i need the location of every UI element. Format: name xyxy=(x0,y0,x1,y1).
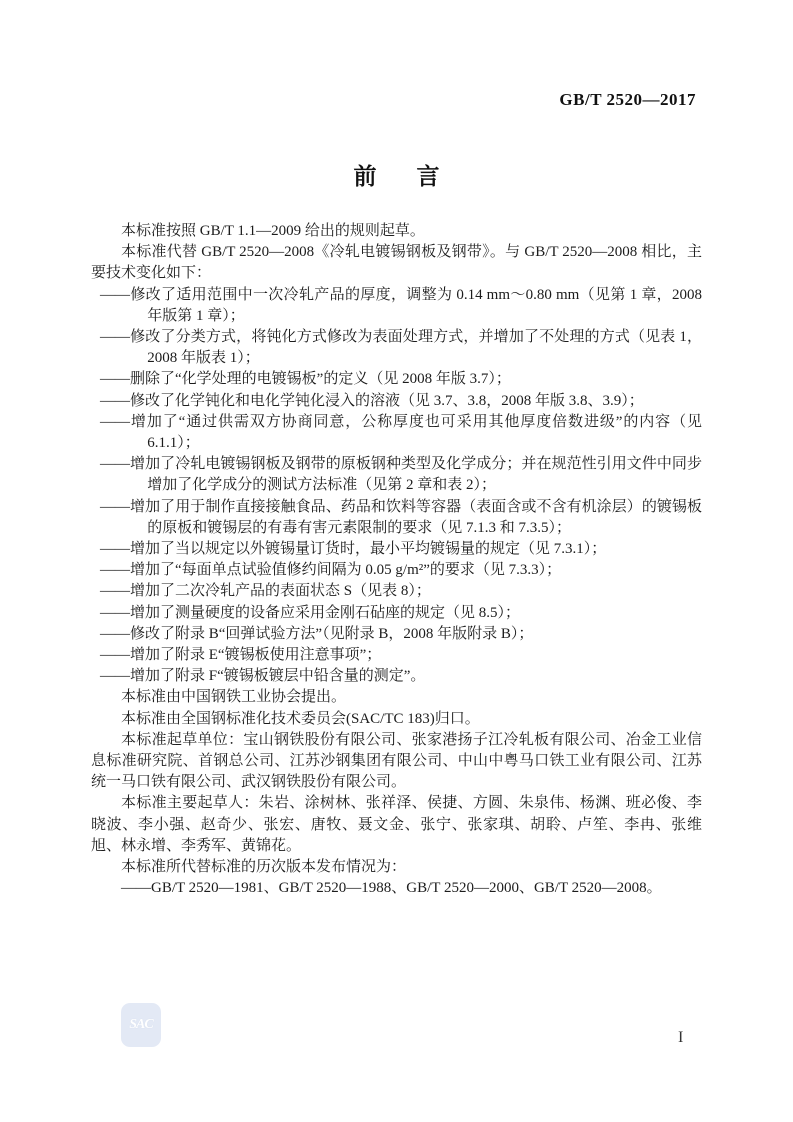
foreword-content: 本标准按照 GB/T 1.1—2009 给出的规则起草。 本标准代替 GB/T … xyxy=(91,221,702,900)
page-number: I xyxy=(678,1029,683,1047)
closing-paragraph: 本标准起草单位：宝山钢铁股份有限公司、张家港扬子江冷轧板有限公司、冶金工业信息标… xyxy=(91,730,702,794)
document-page: GB/T 2520—2017 前言 本标准按照 GB/T 1.1—2009 给出… xyxy=(0,0,793,1122)
change-list-item: ——修改了附录 B“回弹试验方法”（见附录 B，2008 年版附录 B）； xyxy=(91,624,702,645)
intro-paragraph: 本标准按照 GB/T 1.1—2009 给出的规则起草。 xyxy=(91,221,702,242)
sac-logo-watermark: SAC xyxy=(121,1003,161,1047)
history-item: ——GB/T 2520—1981、GB/T 2520—1988、GB/T 252… xyxy=(91,878,702,899)
change-list-item: ——修改了适用范围中一次冷轧产品的厚度，调整为 0.14 mm～0.80 mm（… xyxy=(91,285,702,327)
change-list-item: ——修改了分类方式，将钝化方式修改为表面处理方式，并增加了不处理的方式（见表 1… xyxy=(91,327,702,369)
change-list-item: ——增加了“每面单点试验值修约间隔为 0.05 g/m²”的要求（见 7.3.3… xyxy=(91,560,702,581)
page-title: 前言 xyxy=(0,158,793,191)
change-list-item: ——增加了“通过供需双方协商同意，公称厚度也可采用其他厚度倍数进级”的内容（见 … xyxy=(91,412,702,454)
change-list-item: ——增加了当以规定以外镀锡量订货时，最小平均镀锡量的规定（见 7.3.1）； xyxy=(91,539,702,560)
change-list-item: ——增加了附录 F“镀锡板镀层中铅含量的测定”。 xyxy=(91,666,702,687)
closing-paragraph: 本标准由全国钢标准化技术委员会(SAC/TC 183)归口。 xyxy=(91,709,702,730)
change-list-item: ——增加了二次冷轧产品的表面状态 S（见表 8）； xyxy=(91,581,702,602)
closing-paragraph: 本标准主要起草人：朱岩、涂树林、张祥泽、侯捷、方圆、朱泉伟、杨渊、班必俊、李晓波… xyxy=(91,793,702,857)
change-list-item: ——增加了冷轧电镀锡钢板及钢带的原板钢种类型及化学成分；并在规范性引用文件中同步… xyxy=(91,454,702,496)
change-list-item: ——删除了“化学处理的电镀锡板”的定义（见 2008 年版 3.7）； xyxy=(91,369,702,390)
closing-paragraph: 本标准所代替标准的历次版本发布情况为： xyxy=(91,857,702,878)
sac-logo-text: SAC xyxy=(129,1017,152,1033)
change-list-item: ——增加了附录 E“镀锡板使用注意事项”； xyxy=(91,645,702,666)
change-list-item: ——增加了测量硬度的设备应采用金刚石砧座的规定（见 8.5）； xyxy=(91,603,702,624)
intro-paragraph: 本标准代替 GB/T 2520—2008《冷轧电镀锡钢板及钢带》。与 GB/T … xyxy=(91,242,702,284)
change-list-item: ——增加了用于制作直接接触食品、药品和饮料等容器（表面含或不含有机涂层）的镀锡板… xyxy=(91,497,702,539)
closing-paragraph: 本标准由中国钢铁工业协会提出。 xyxy=(91,687,702,708)
standard-code: GB/T 2520—2017 xyxy=(559,90,696,110)
change-list-item: ——修改了化学钝化和电化学钝化浸入的溶液（见 3.7、3.8，2008 年版 3… xyxy=(91,391,702,412)
